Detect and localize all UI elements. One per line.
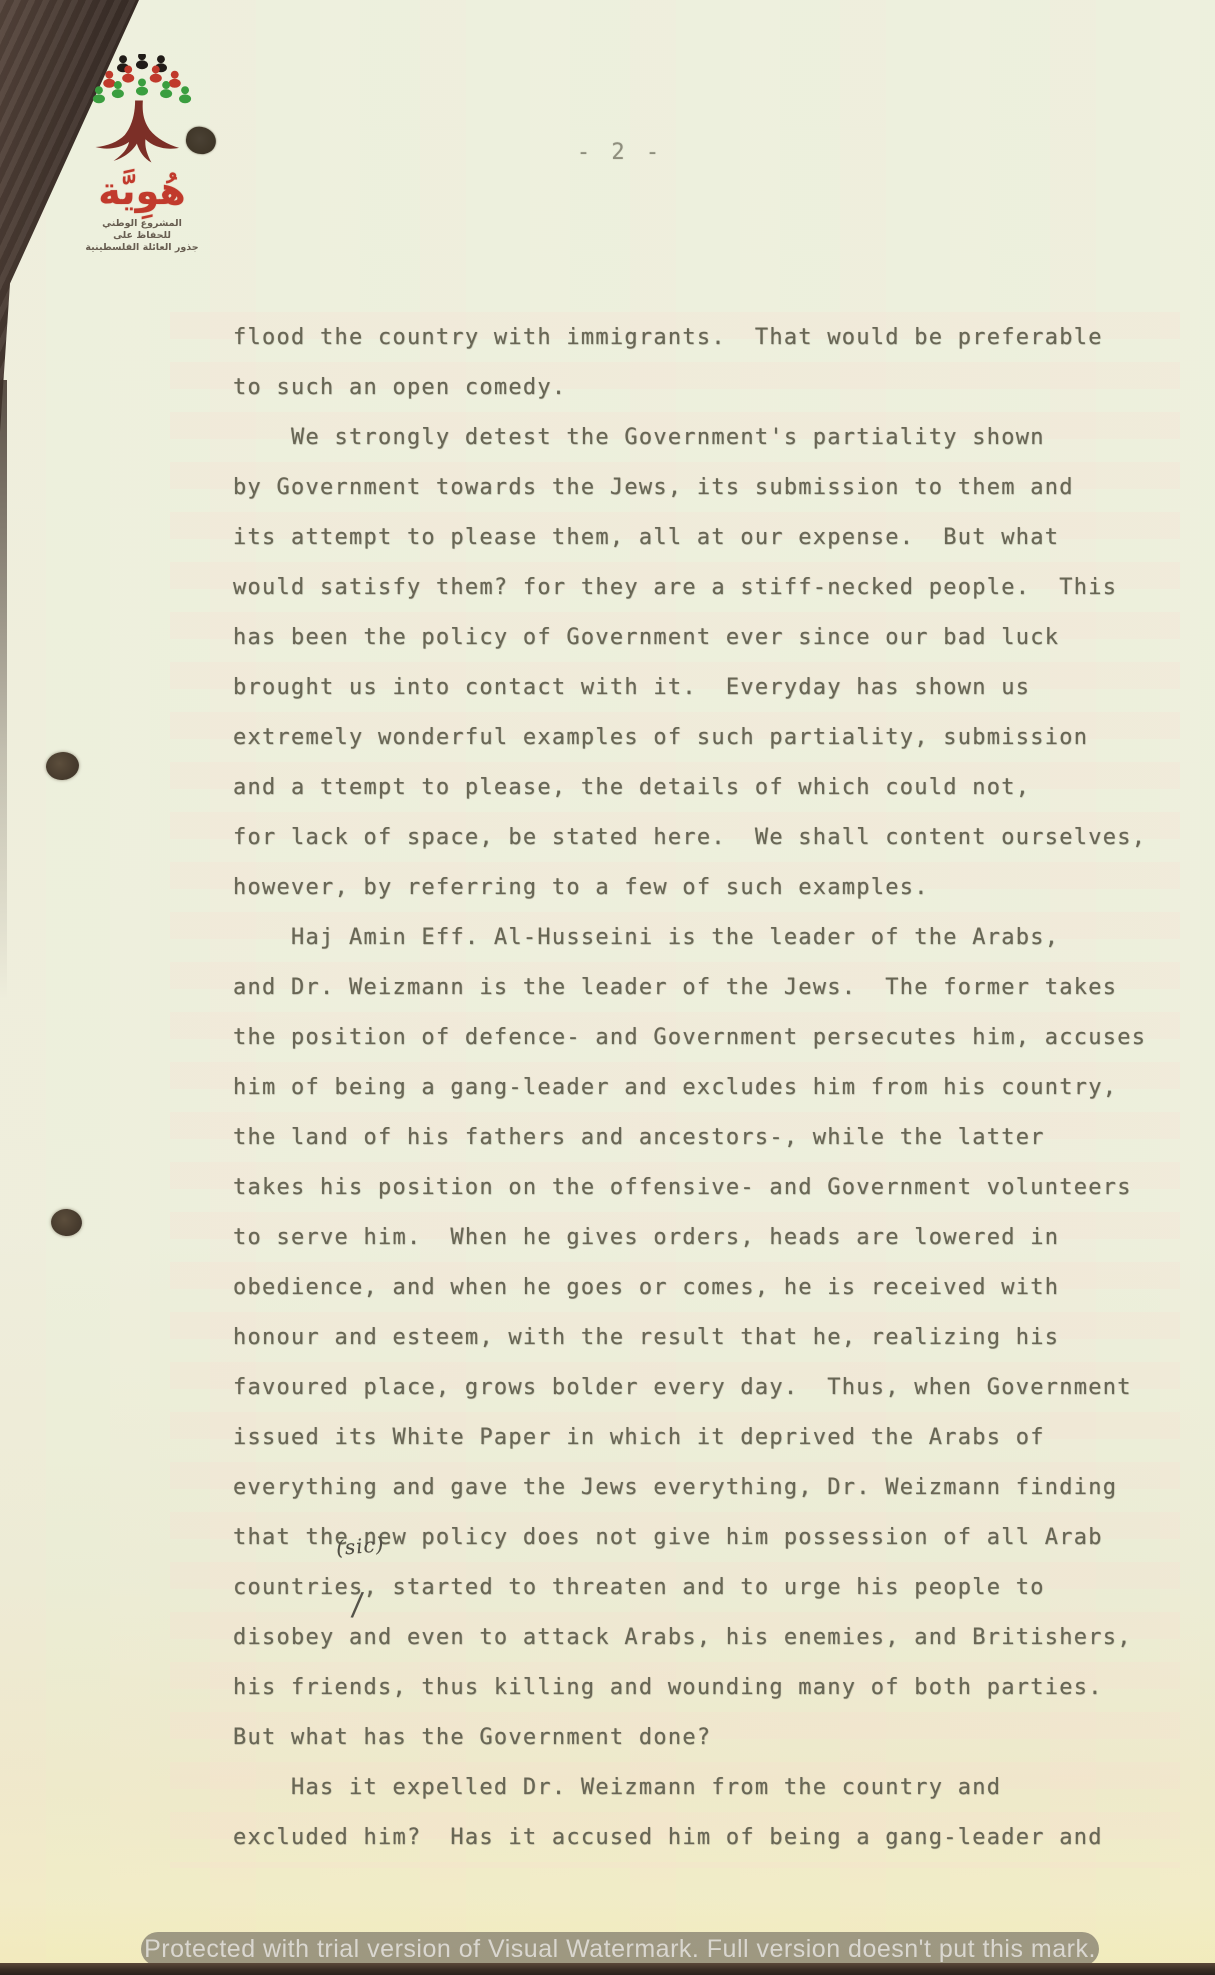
- archive-logo: هُوِيَّة المشروع الوطني للحفاظ على جذور …: [84, 54, 200, 254]
- logo-tagline: المشروع الوطني للحفاظ على جذور العائلة ا…: [84, 218, 200, 254]
- scanned-document-page: هُوِيَّة المشروع الوطني للحفاظ على جذور …: [0, 0, 1215, 1975]
- text-line: takes his position on the offensive- and…: [233, 1163, 1193, 1213]
- text-line: the land of his fathers and ancestors-, …: [233, 1113, 1193, 1163]
- text-line: his friends, thus killing and wounding m…: [233, 1663, 1193, 1713]
- text-line: however, by referring to a few of such e…: [233, 863, 1193, 913]
- text-line: by Government towards the Jews, its subm…: [233, 463, 1193, 513]
- text-line: extremely wonderful examples of such par…: [233, 713, 1193, 763]
- typewritten-text: flood the country with immigrants. That …: [233, 313, 1193, 1863]
- text-line: has been the policy of Government ever s…: [233, 613, 1193, 663]
- family-tree-icon: [90, 54, 194, 166]
- text-line: flood the country with immigrants. That …: [233, 313, 1193, 363]
- text-line: brought us into contact with it. Everyda…: [233, 663, 1193, 713]
- text-line: obedience, and when he goes or comes, he…: [233, 1263, 1193, 1313]
- punch-hole-top: [45, 750, 81, 781]
- text-line: to such an open comedy.: [233, 363, 1193, 413]
- text-line: would satisfy them? for they are a stiff…: [233, 563, 1193, 613]
- text-line: honour and esteem, with the result that …: [233, 1313, 1193, 1363]
- scan-bottom-edge: [0, 1963, 1215, 1975]
- handwritten-sic-annotation: (sic): [335, 1532, 385, 1560]
- text-line: Haj Amin Eff. Al-Husseini is the leader …: [233, 913, 1193, 963]
- text-line: disobey and even to attack Arabs, his en…: [233, 1613, 1193, 1663]
- logo-tagline-line1: المشروع الوطني للحفاظ على: [84, 218, 200, 242]
- page-number: - 2 -: [545, 140, 695, 165]
- text-line: countries, started to threaten and to ur…: [233, 1563, 1193, 1613]
- text-line: favoured place, grows bolder every day. …: [233, 1363, 1193, 1413]
- text-line: everything and gave the Jews everything,…: [233, 1463, 1193, 1513]
- logo-tagline-line2: جذور العائلة الفلسطينية: [84, 242, 200, 254]
- watermark-text: Protected with trial version of Visual W…: [144, 1935, 1096, 1964]
- text-line: to serve him. When he gives orders, head…: [233, 1213, 1193, 1263]
- text-line: and Dr. Weizmann is the leader of the Je…: [233, 963, 1193, 1013]
- text-line: We strongly detest the Government's part…: [233, 413, 1193, 463]
- logo-brand-calligraphy: هُوِيَّة: [84, 168, 200, 214]
- text-line: excluded him? Has it accused him of bein…: [233, 1813, 1193, 1863]
- scan-left-edge: [0, 380, 7, 1000]
- punch-hole-bottom: [50, 1208, 83, 1237]
- text-line: its attempt to please them, all at our e…: [233, 513, 1193, 563]
- text-line: and a ttempt to please, the details of w…: [233, 763, 1193, 813]
- text-line: the position of defence- and Government …: [233, 1013, 1193, 1063]
- text-line: But what has the Government done?: [233, 1713, 1193, 1763]
- text-line: issued its White Paper in which it depri…: [233, 1413, 1193, 1463]
- watermark-bar: Protected with trial version of Visual W…: [141, 1932, 1099, 1966]
- text-line: for lack of space, be stated here. We sh…: [233, 813, 1193, 863]
- text-line: Has it expelled Dr. Weizmann from the co…: [233, 1763, 1193, 1813]
- text-line: him of being a gang-leader and excludes …: [233, 1063, 1193, 1113]
